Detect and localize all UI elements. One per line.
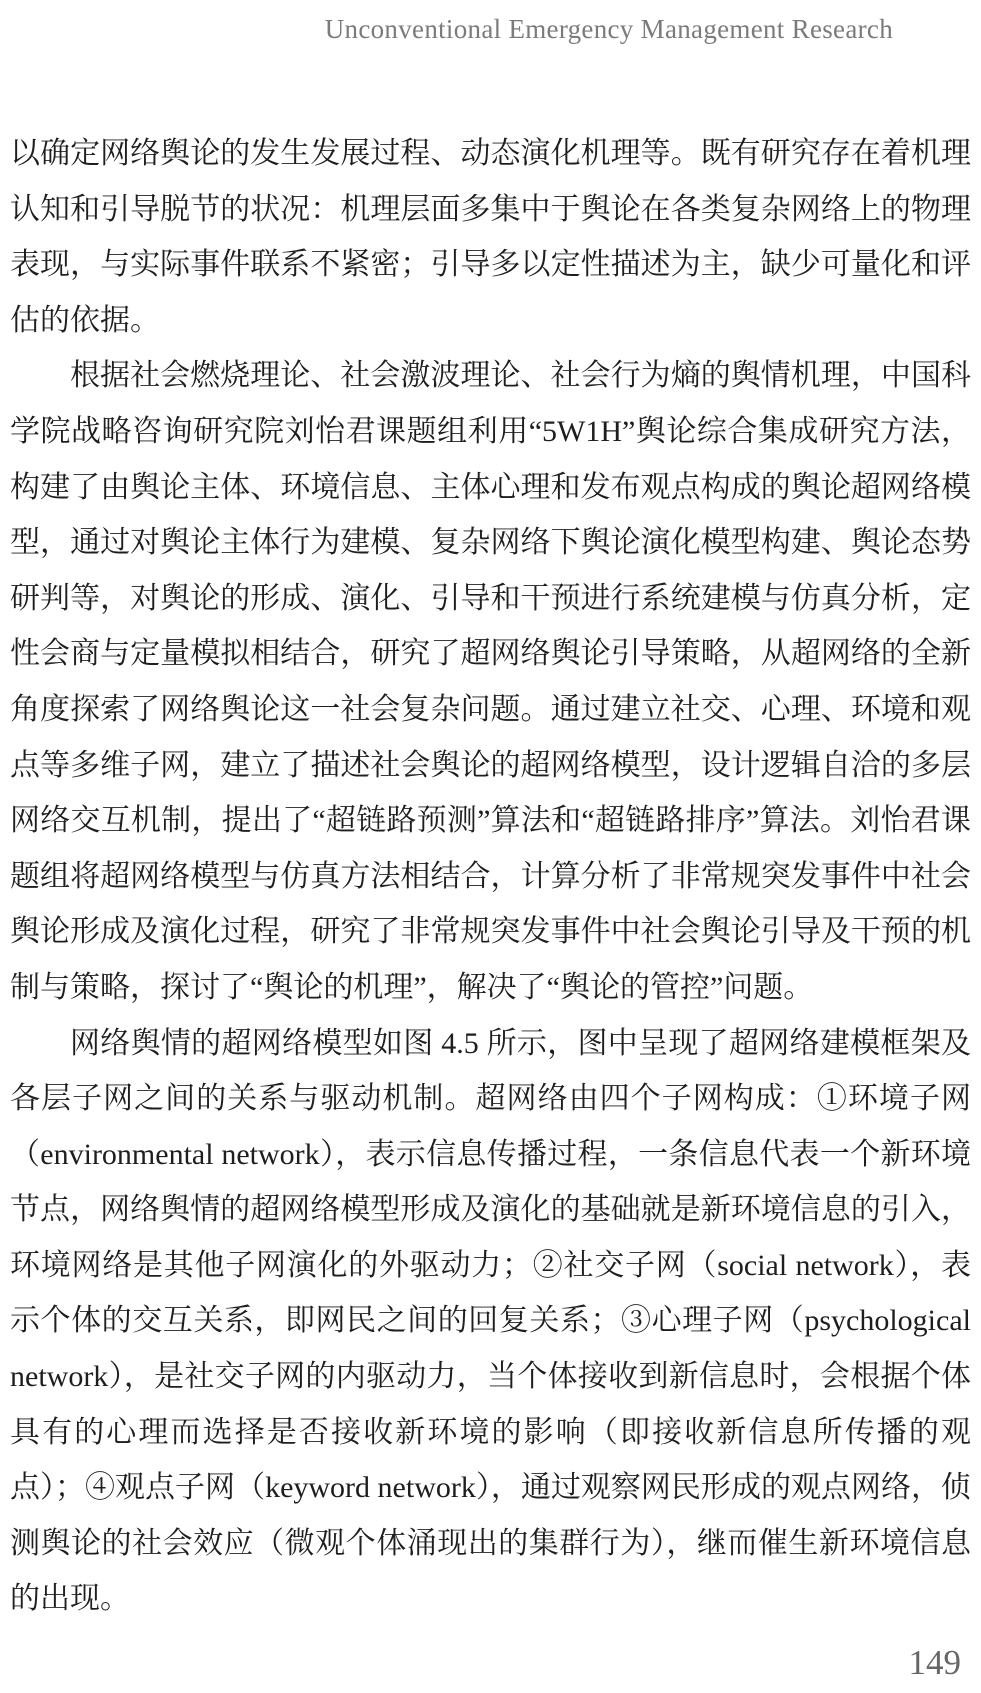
paragraph-subnetworks: 网络舆情的超网络模型如图 4.5 所示，图中呈现了超网络建模框架及各层子网之间的…: [10, 1016, 971, 1628]
running-header: Unconventional Emergency Management Rese…: [325, 14, 893, 45]
book-page: Unconventional Emergency Management Rese…: [0, 0, 981, 1693]
page-number: 149: [909, 1643, 962, 1683]
paragraph-hypernetwork-model: 根据社会燃烧理论、社会激波理论、社会行为熵的舆情机理，中国科学院战略咨询研究院刘…: [10, 348, 971, 1015]
paragraph-continuation: 以确定网络舆论的发生发展过程、动态演化机理等。既有研究存在着机理认知和引导脱节的…: [10, 126, 971, 348]
page-body: 以确定网络舆论的发生发展过程、动态演化机理等。既有研究存在着机理认知和引导脱节的…: [10, 126, 971, 1627]
